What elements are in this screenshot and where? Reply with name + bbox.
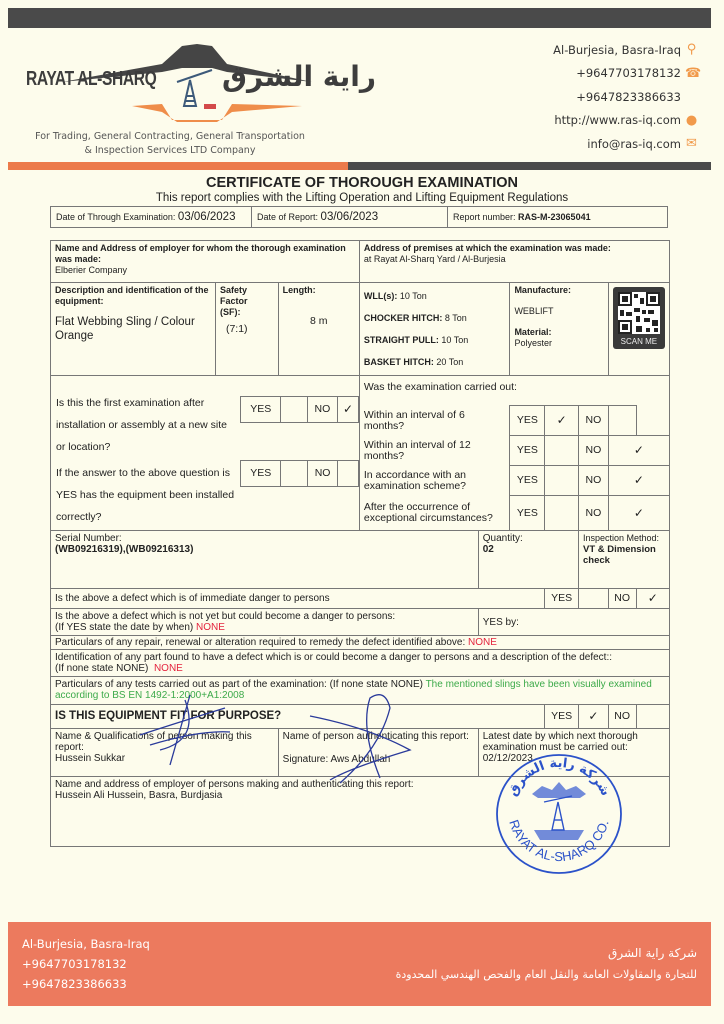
quantity-value: 02 (483, 544, 574, 555)
immediate-danger-no-label: NO (608, 589, 636, 609)
dates-table: Date of Through Examination: 03/06/2023 … (50, 206, 668, 228)
contact-website[interactable]: http://www.ras-iq.com● (553, 109, 698, 133)
scheme-question: In accordance with an examination scheme… (359, 466, 510, 496)
footer-phone-1[interactable]: +9647703178132 (22, 954, 150, 974)
future-danger-line-1: Is the above a defect which is not yet b… (55, 611, 474, 622)
installed-answer: YES NO (240, 460, 359, 530)
interval-6-no-label: NO (578, 406, 608, 436)
footer-arabic-block: شركة راية الشرق للتجارة والمقاولات العام… (396, 942, 697, 986)
length-cell: Length:8 m (278, 283, 359, 376)
header-divider-bar (8, 162, 711, 170)
tests-label: Particulars of any tests carried out as … (55, 679, 423, 690)
carried-out-label: Was the examination carried out: (359, 376, 669, 406)
basket-line: BASKET HITCH: 20 Ton (364, 351, 506, 373)
stamp-pump-icon (544, 796, 572, 830)
identification-value: NONE (154, 663, 183, 674)
identification-line-1: Identification of any part found to have… (55, 652, 665, 663)
report-number-value: RAS-M-23065041 (518, 212, 591, 222)
employer-value: Elberier Company (55, 265, 355, 276)
contact-email-link[interactable]: info@ras-iq.com (587, 137, 681, 151)
company-name-ar: راية الشرق (222, 60, 376, 93)
interval-6-question: Within an interval of 6 months? (359, 406, 510, 436)
basket-label: BASKET HITCH: (364, 357, 434, 367)
interval-6-yes-label: YES (510, 406, 545, 436)
choker-value: 8 Ton (445, 313, 467, 323)
footer-phone-2[interactable]: +9647823386633 (22, 974, 150, 994)
report-maker-label: Name & Qualifications of person making t… (55, 731, 274, 753)
scheme-yes-label: YES (510, 466, 545, 496)
description-label: Description and identification of the eq… (55, 285, 211, 307)
contact-address-text: Al-Burjesia, Basra-Iraq (553, 43, 681, 57)
top-dark-bar (8, 8, 711, 28)
company-tagline: For Trading, General Contracting, Genera… (20, 130, 320, 158)
exceptional-no-label: NO (578, 496, 608, 531)
safety-factor-cell: Safety Factor (SF):(7:1) (215, 283, 278, 376)
contact-phone-2-text[interactable]: +9647823386633 (576, 90, 681, 104)
scheme-yes-box[interactable] (545, 466, 579, 496)
installed-yn: YES NO (240, 460, 359, 487)
immediate-danger-no-box[interactable]: ✓ (636, 589, 669, 609)
first-exam-no-label: NO (307, 397, 338, 423)
report-maker-cell: Name & Qualifications of person making t… (51, 729, 279, 777)
pump-base-icon (204, 104, 216, 109)
report-maker-value: Hussein Sukkar (55, 753, 274, 764)
wll-cell: WLL(s): 10 Ton CHOCKER HITCH: 8 Ton STRA… (359, 283, 510, 376)
future-danger-hint: (If YES state the date by when) (55, 622, 193, 633)
employer-label: Name and Address of employer for whom th… (55, 243, 355, 265)
exam-date-label: Date of Through Examination: (56, 212, 175, 222)
first-exam-question: Is this the first examination after inst… (51, 390, 240, 460)
footer-arabic-name: شركة راية الشرق (396, 942, 697, 964)
fit-no-box[interactable] (636, 705, 669, 729)
exam-date-value: 03/06/2023 (178, 211, 236, 223)
interval-12-yes-label: YES (510, 436, 545, 466)
repair-value: NONE (468, 637, 497, 648)
svg-text:RAYAT AL-SHARQ CO.: RAYAT AL-SHARQ CO. (506, 818, 611, 864)
report-date-label: Date of Report: (257, 212, 318, 222)
straight-value: 10 Ton (441, 335, 468, 345)
stamp-gear-icon (532, 782, 586, 840)
interval-12-no-label: NO (578, 436, 608, 466)
contact-address: Al-Burjesia, Basra-Iraq⚲ (553, 38, 698, 62)
wll-value: 10 Ton (400, 291, 427, 301)
exceptional-yes-box[interactable] (545, 496, 579, 531)
employer-cell: Name and Address of employer for whom th… (51, 241, 360, 283)
choker-label: CHOCKER HITCH: (364, 313, 443, 323)
future-danger-cell: Is the above a defect which is not yet b… (51, 609, 479, 636)
straight-line: STRAIGHT PULL: 10 Ton (364, 329, 506, 351)
length-value: 8 m (283, 316, 355, 327)
straight-label: STRAIGHT PULL: (364, 335, 439, 345)
yes-by-cell: YES by: (478, 609, 669, 636)
safety-factor-value: (7:1) (220, 324, 274, 335)
contact-phone-2[interactable]: +9647823386633. (553, 85, 698, 109)
future-danger-line-2: (If YES state the date by when) NONE (55, 622, 474, 633)
installed-no-label: NO (307, 461, 338, 487)
scheme-no-box[interactable]: ✓ (608, 466, 669, 496)
identification-hint: (If none state NONE) (55, 663, 148, 674)
serial-value: (WB09216319),(WB09216313) (55, 544, 474, 555)
qr-code-icon (618, 292, 660, 334)
authenticator-cell: Name of person authenticating this repor… (278, 729, 478, 777)
identification-line-2: (If none state NONE) NONE (55, 663, 665, 674)
premises-value: at Rayat Al-Sharq Yard / Al-Burjesia (364, 254, 665, 265)
first-exam-answer: YES NO ✓ (240, 390, 359, 460)
report-number-label: Report number: (453, 212, 516, 222)
next-exam-label: Latest date by which next thorough exami… (483, 731, 665, 753)
company-name-en: RAYAT AL-SHARQ (26, 68, 156, 91)
quantity-label: Quantity: (483, 533, 574, 544)
fit-for-purpose-question: IS THIS EQUIPMENT FIT FOR PURPOSE? (51, 705, 545, 729)
installed-yes-label: YES (241, 461, 281, 487)
interval-6-no-box[interactable] (608, 406, 636, 436)
choker-line: CHOCKER HITCH: 8 Ton (364, 307, 506, 329)
location-pin-icon: ⚲ (685, 43, 698, 56)
immediate-danger-yes-box[interactable] (578, 589, 608, 609)
tagline-line-1: For Trading, General Contracting, Genera… (20, 130, 320, 144)
installed-no-box[interactable] (338, 461, 358, 487)
premises-label: Address of premises at which the examina… (364, 243, 665, 254)
installation-questions: Is this the first examination after inst… (51, 390, 359, 530)
report-date-value: 03/06/2023 (321, 211, 379, 223)
scheme-no-label: NO (578, 466, 608, 496)
certificate-title: CERTIFICATE OF THOROUGH EXAMINATION (0, 175, 724, 191)
footer-contacts: Al-Burjesia, Basra-Iraq +9647703178132 +… (22, 934, 150, 994)
tagline-line-2: & Inspection Services LTD Company (20, 144, 320, 158)
wll-label: WLL(s): (364, 291, 398, 301)
wll-line: WLL(s): 10 Ton (364, 285, 506, 307)
exceptional-question: After the occurrence of exceptional circ… (359, 496, 510, 531)
footer-arabic-tagline: للتجارة والمقاولات العامة والنقل العام و… (396, 964, 697, 986)
first-exam-no-box[interactable]: ✓ (338, 397, 359, 423)
identification-cell: Identification of any part found to have… (51, 650, 670, 677)
contact-phone-1-text[interactable]: +9647703178132 (576, 66, 681, 80)
length-label: Length: (283, 285, 355, 296)
repair-label: Particulars of any repair, renewal or al… (55, 637, 465, 648)
material-value: Polyester (514, 338, 603, 349)
repair-cell: Particulars of any repair, renewal or al… (51, 636, 670, 650)
contact-website-link[interactable]: http://www.ras-iq.com (554, 113, 681, 127)
interval-12-question: Within an interval of 12 months? (359, 436, 510, 466)
contact-email[interactable]: info@ras-iq.com✉ (553, 132, 698, 156)
footer-address: Al-Burjesia, Basra-Iraq (22, 934, 150, 954)
installed-question: If the answer to the above question is Y… (51, 460, 240, 530)
inspection-method-value: VT & Dimension check (583, 544, 665, 566)
serial-cell: Serial Number:(WB09216319),(WB09216313) (51, 531, 479, 589)
interval-12-no-box[interactable]: ✓ (608, 436, 669, 466)
phone-icon: ☎ (685, 67, 698, 80)
authenticator-value: Signature: Aws Abdullah (283, 754, 474, 765)
qr-code[interactable]: SCAN ME (613, 287, 665, 349)
interval-6-yes-box[interactable]: ✓ (545, 406, 579, 436)
inspection-method-cell: Inspection Method:VT & Dimension check (578, 531, 669, 589)
interval-12-yes-box[interactable] (545, 436, 579, 466)
safety-factor-label: Safety Factor (SF): (220, 285, 260, 318)
inspection-method-label: Inspection Method: (583, 533, 665, 544)
first-exam-yn: YES NO ✓ (240, 396, 359, 423)
description-cell: Description and identification of the eq… (51, 283, 216, 376)
contact-phone-1[interactable]: +9647703178132☎ (553, 62, 698, 86)
contact-block: Al-Burjesia, Basra-Iraq⚲ +9647703178132☎… (553, 38, 698, 156)
future-danger-value: NONE (196, 622, 225, 633)
qr-cell: SCAN ME (608, 283, 669, 376)
exam-date-cell: Date of Through Examination: 03/06/2023 (51, 207, 252, 228)
installation-questions-cell: Is this the first examination after inst… (51, 376, 360, 531)
exceptional-yes-label: YES (510, 496, 545, 531)
report-date-cell: Date of Report: 03/06/2023 (252, 207, 448, 228)
tests-cell: Particulars of any tests carried out as … (51, 677, 670, 705)
fit-yes-box[interactable]: ✓ (578, 705, 608, 729)
first-exam-yes-label: YES (241, 397, 281, 423)
basket-value: 20 Ton (436, 357, 463, 367)
footer-bar: Al-Burjesia, Basra-Iraq +9647703178132 +… (8, 922, 711, 1006)
authenticator-label: Name of person authenticating this repor… (283, 731, 474, 742)
fit-no-label: NO (608, 705, 636, 729)
manufacture-label: Manufacture: (514, 285, 603, 296)
immediate-danger-yes-label: YES (545, 589, 579, 609)
certificate-subtitle: This report complies with the Lifting Op… (0, 192, 724, 204)
manufacture-cell: Manufacture: WEBLIFT Material: Polyester (510, 283, 608, 376)
first-exam-yes-box[interactable] (281, 397, 307, 423)
quantity-cell: Quantity:02 (478, 531, 578, 589)
serial-label: Serial Number: (55, 533, 474, 544)
fit-yes-label: YES (545, 705, 579, 729)
premises-cell: Address of premises at which the examina… (359, 241, 669, 283)
report-number-cell: Report number: RAS-M-23065041 (448, 207, 668, 228)
installed-yes-box[interactable] (281, 461, 307, 487)
immediate-danger-question: Is the above a defect which is of immedi… (51, 589, 545, 609)
material-label: Material: (514, 327, 603, 338)
company-stamp: شركة راية الشرق RAYAT AL-SHARQ CO. (494, 752, 624, 876)
qr-label: SCAN ME (613, 336, 665, 347)
gear-bottom-icon (132, 104, 302, 122)
exceptional-no-box[interactable]: ✓ (608, 496, 669, 531)
envelope-icon: ✉ (685, 137, 698, 150)
description-value: Flat Webbing Sling / Colour Orange (55, 315, 211, 343)
globe-icon: ● (685, 114, 698, 127)
manufacture-value: WEBLIFT (514, 306, 603, 317)
